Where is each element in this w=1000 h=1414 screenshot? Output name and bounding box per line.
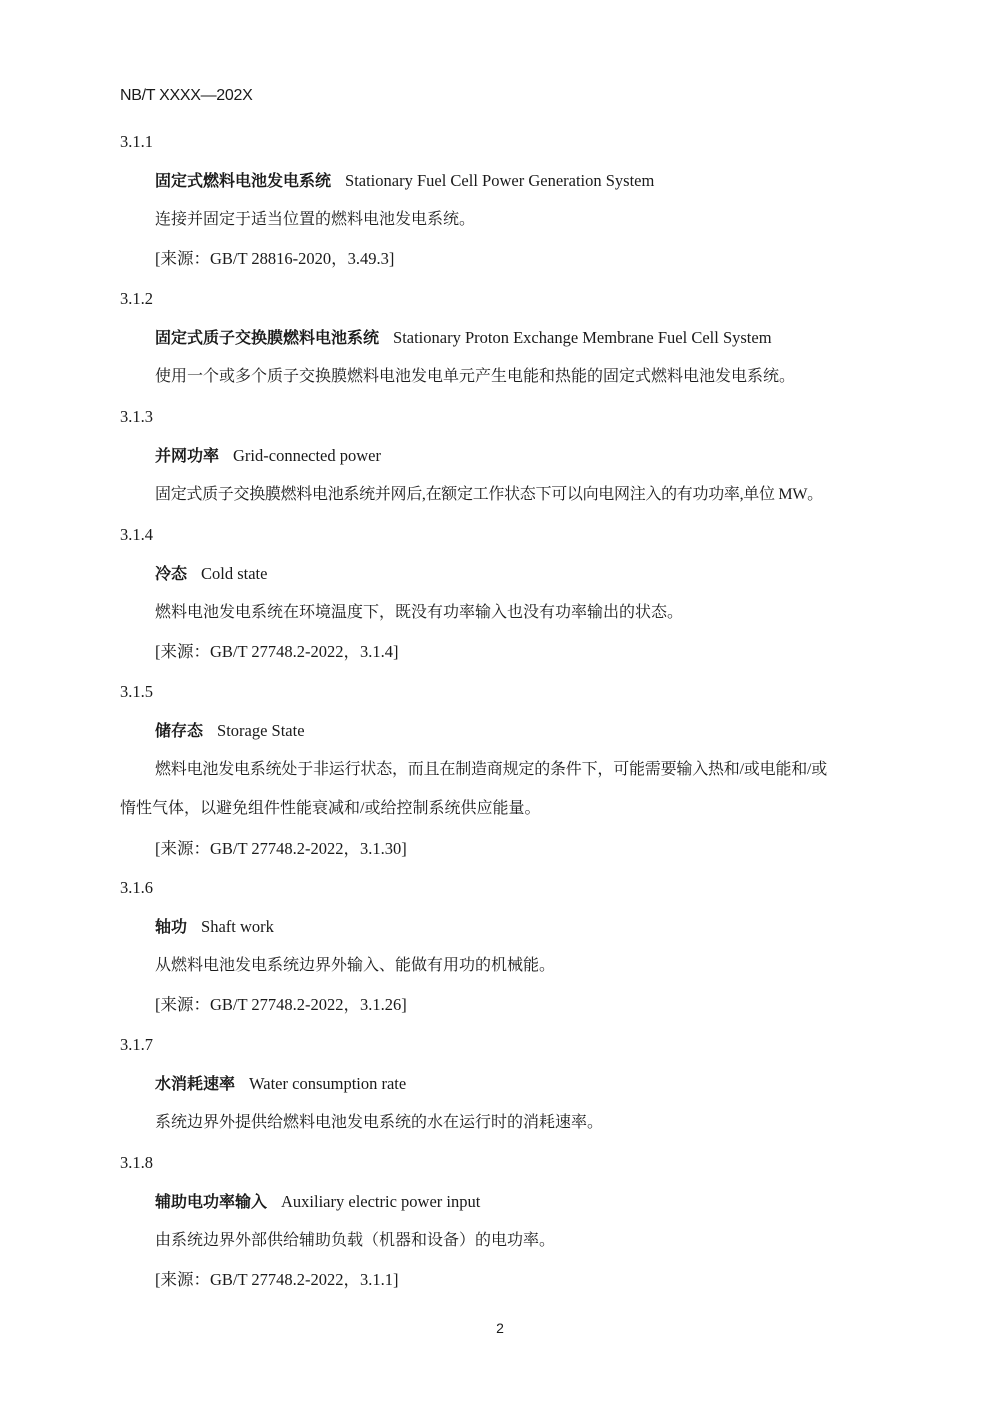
entry-number: 3.1.1 (120, 132, 153, 152)
document-code-header: NB/T XXXX—202X (120, 87, 252, 105)
term-source: [来源：GB/T 27748.2-2022，3.1.4] (155, 642, 399, 662)
entry-number: 3.1.8 (120, 1153, 153, 1173)
entry-number: 3.1.5 (120, 682, 153, 702)
term-heading: 辅助电功率输入Auxiliary electric power input (155, 1192, 480, 1212)
term-definition: 系统边界外提供给燃料电池发电系统的水在运行时的消耗速率。 (155, 1113, 603, 1133)
term-chinese: 固定式质子交换膜燃料电池系统 (155, 328, 379, 347)
term-definition: 从燃料电池发电系统边界外输入、能做有用功的机械能。 (155, 956, 555, 976)
term-heading: 固定式燃料电池发电系统Stationary Fuel Cell Power Ge… (155, 171, 654, 191)
term-chinese: 并网功率 (155, 446, 219, 465)
term-english: Water consumption rate (249, 1074, 406, 1093)
term-heading: 并网功率Grid-connected power (155, 446, 381, 466)
term-english: Grid-connected power (233, 446, 381, 465)
term-definition-line-1: 燃料电池发电系统处于非运行状态，而且在制造商规定的条件下，可能需要输入热和/或电… (155, 760, 827, 780)
page-number: 2 (0, 1320, 1000, 1336)
entry-number: 3.1.3 (120, 407, 153, 427)
term-chinese: 辅助电功率输入 (155, 1192, 267, 1211)
term-heading: 固定式质子交换膜燃料电池系统Stationary Proton Exchange… (155, 328, 772, 348)
term-english: Shaft work (201, 917, 274, 936)
term-definition: 固定式质子交换膜燃料电池系统并网后,在额定工作状态下可以向电网注入的有功功率,单… (155, 485, 823, 505)
term-chinese: 水消耗速率 (155, 1074, 235, 1093)
term-english: Auxiliary electric power input (281, 1192, 480, 1211)
term-heading: 储存态Storage State (155, 721, 305, 741)
term-source: [来源：GB/T 27748.2-2022，3.1.1] (155, 1270, 399, 1290)
term-source: [来源：GB/T 27748.2-2022，3.1.26] (155, 995, 407, 1015)
term-heading: 冷态Cold state (155, 564, 267, 584)
term-definition: 由系统边界外部供给辅助负载（机器和设备）的电功率。 (155, 1231, 555, 1251)
term-chinese: 轴功 (155, 917, 187, 936)
entry-number: 3.1.4 (120, 525, 153, 545)
term-source: [来源：GB/T 27748.2-2022，3.1.30] (155, 839, 407, 859)
term-definition: 使用一个或多个质子交换膜燃料电池发电单元产生电能和热能的固定式燃料电池发电系统。 (155, 367, 795, 387)
entry-number: 3.1.6 (120, 878, 153, 898)
entry-number: 3.1.2 (120, 289, 153, 309)
term-chinese: 冷态 (155, 564, 187, 583)
term-source: [来源：GB/T 28816-2020，3.49.3] (155, 249, 394, 269)
term-heading: 轴功Shaft work (155, 917, 274, 937)
term-definition: 连接并固定于适当位置的燃料电池发电系统。 (155, 210, 475, 230)
term-english: Stationary Fuel Cell Power Generation Sy… (345, 171, 654, 190)
term-english: Stationary Proton Exchange Membrane Fuel… (393, 328, 772, 347)
term-english: Cold state (201, 564, 267, 583)
term-chinese: 固定式燃料电池发电系统 (155, 171, 331, 190)
term-heading: 水消耗速率Water consumption rate (155, 1074, 406, 1094)
term-definition: 燃料电池发电系统在环境温度下，既没有功率输入也没有功率输出的状态。 (155, 603, 683, 623)
term-definition-line-2: 惰性气体，以避免组件性能衰减和/或给控制系统供应能量。 (120, 799, 540, 819)
term-english: Storage State (217, 721, 305, 740)
term-chinese: 储存态 (155, 721, 203, 740)
entry-number: 3.1.7 (120, 1035, 153, 1055)
